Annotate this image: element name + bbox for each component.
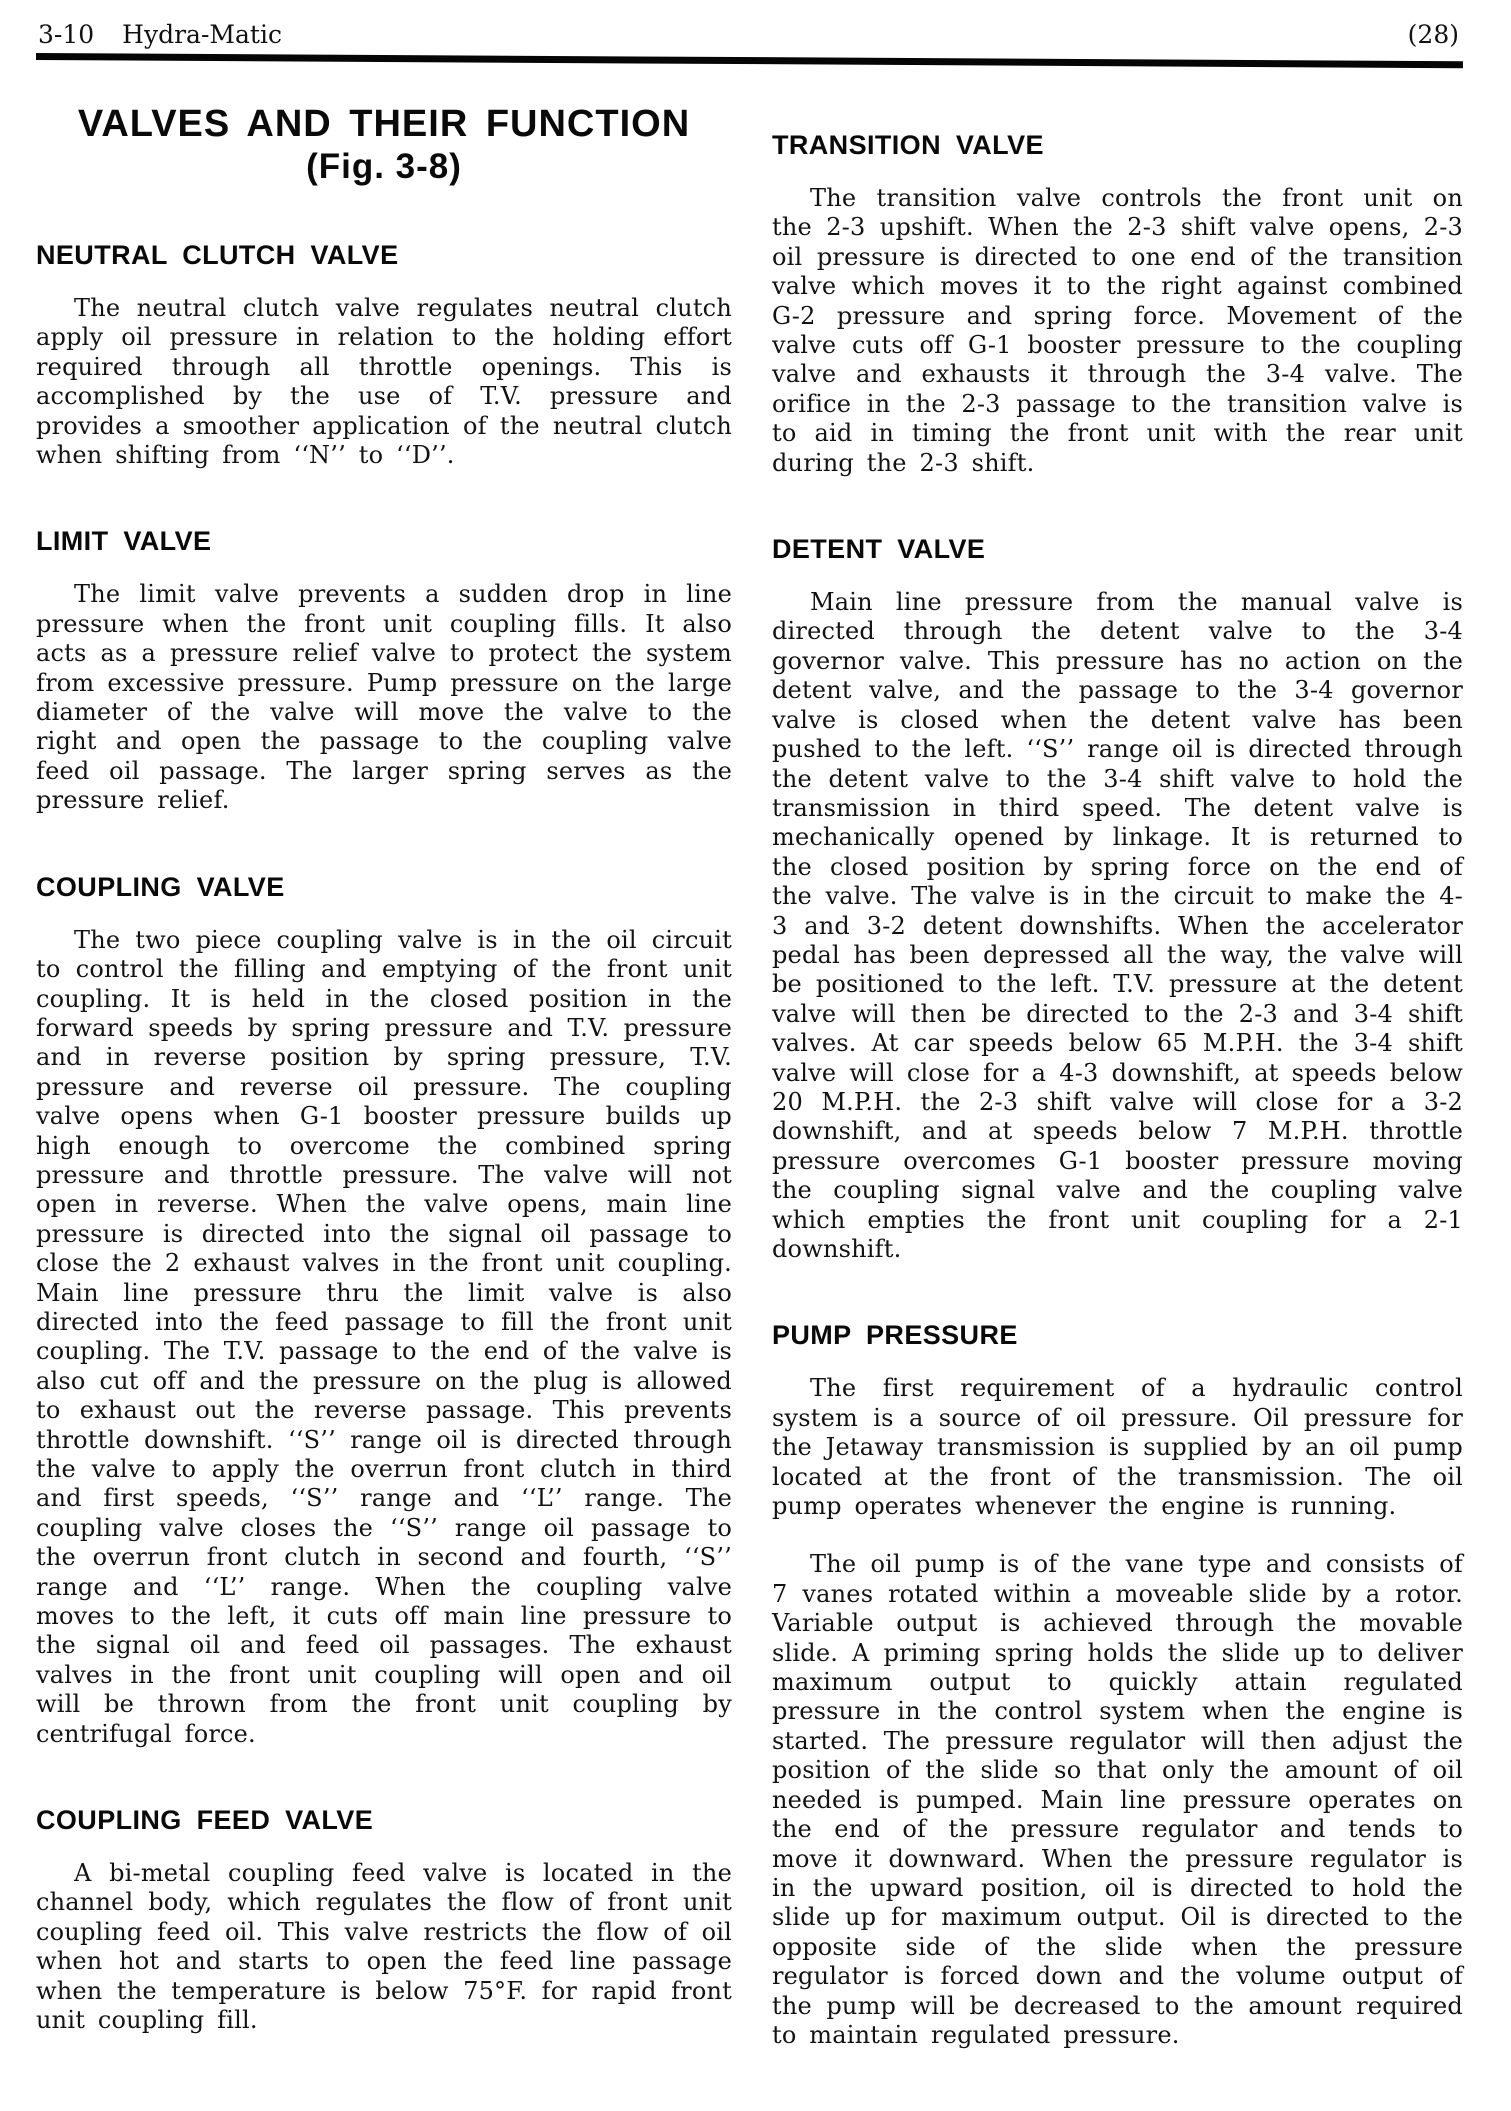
paragraph: A bi-metal coupling feed valve is locate… [36,1859,732,2035]
paragraph: The oil pump is of the vane type and con… [772,1550,1463,2050]
section-page-label: 3-10 [38,20,94,50]
header-rule [36,53,1463,68]
page-title: VALVES AND THEIR FUNCTION (Fig. 3-8) [36,102,732,188]
text-columns: VALVES AND THEIR FUNCTION (Fig. 3-8) NEU… [36,102,1463,2050]
column-right: TRANSITION VALVE The transition valve co… [772,102,1463,2050]
section-heading-limit-valve: LIMIT VALVE [36,526,732,556]
paragraph: The limit valve prevents a sudden drop i… [36,580,732,815]
running-header-left: 3-10 Hydra-Matic [38,20,282,50]
paragraph: The first requirement of a hydraulic con… [772,1374,1463,1521]
section-heading-coupling-feed-valve: COUPLING FEED VALVE [36,1805,732,1835]
manual-title-label: Hydra-Matic [122,20,282,50]
section-heading-transition-valve: TRANSITION VALVE [772,130,1463,160]
manual-page: 3-10 Hydra-Matic (28) VALVES AND THEIR F… [0,0,1511,2111]
section-heading-coupling-valve: COUPLING VALVE [36,872,732,902]
paragraph: The transition valve controls the front … [772,184,1463,478]
section-heading-neutral-clutch-valve: NEUTRAL CLUTCH VALVE [36,240,732,270]
paragraph: The neutral clutch valve regulates neutr… [36,294,732,470]
paragraph: Main line pressure from the manual valve… [772,588,1463,1264]
section-heading-detent-valve: DETENT VALVE [772,534,1463,564]
page-title-line1: VALVES AND THEIR FUNCTION [36,102,732,146]
column-left: VALVES AND THEIR FUNCTION (Fig. 3-8) NEU… [36,102,732,2050]
paragraph: The two piece coupling valve is in the o… [36,926,732,1749]
page-number-label: (28) [1408,20,1459,50]
section-heading-pump-pressure: PUMP PRESSURE [772,1320,1463,1350]
running-header: 3-10 Hydra-Matic (28) [36,20,1463,50]
page-title-line2: (Fig. 3-8) [36,146,732,188]
